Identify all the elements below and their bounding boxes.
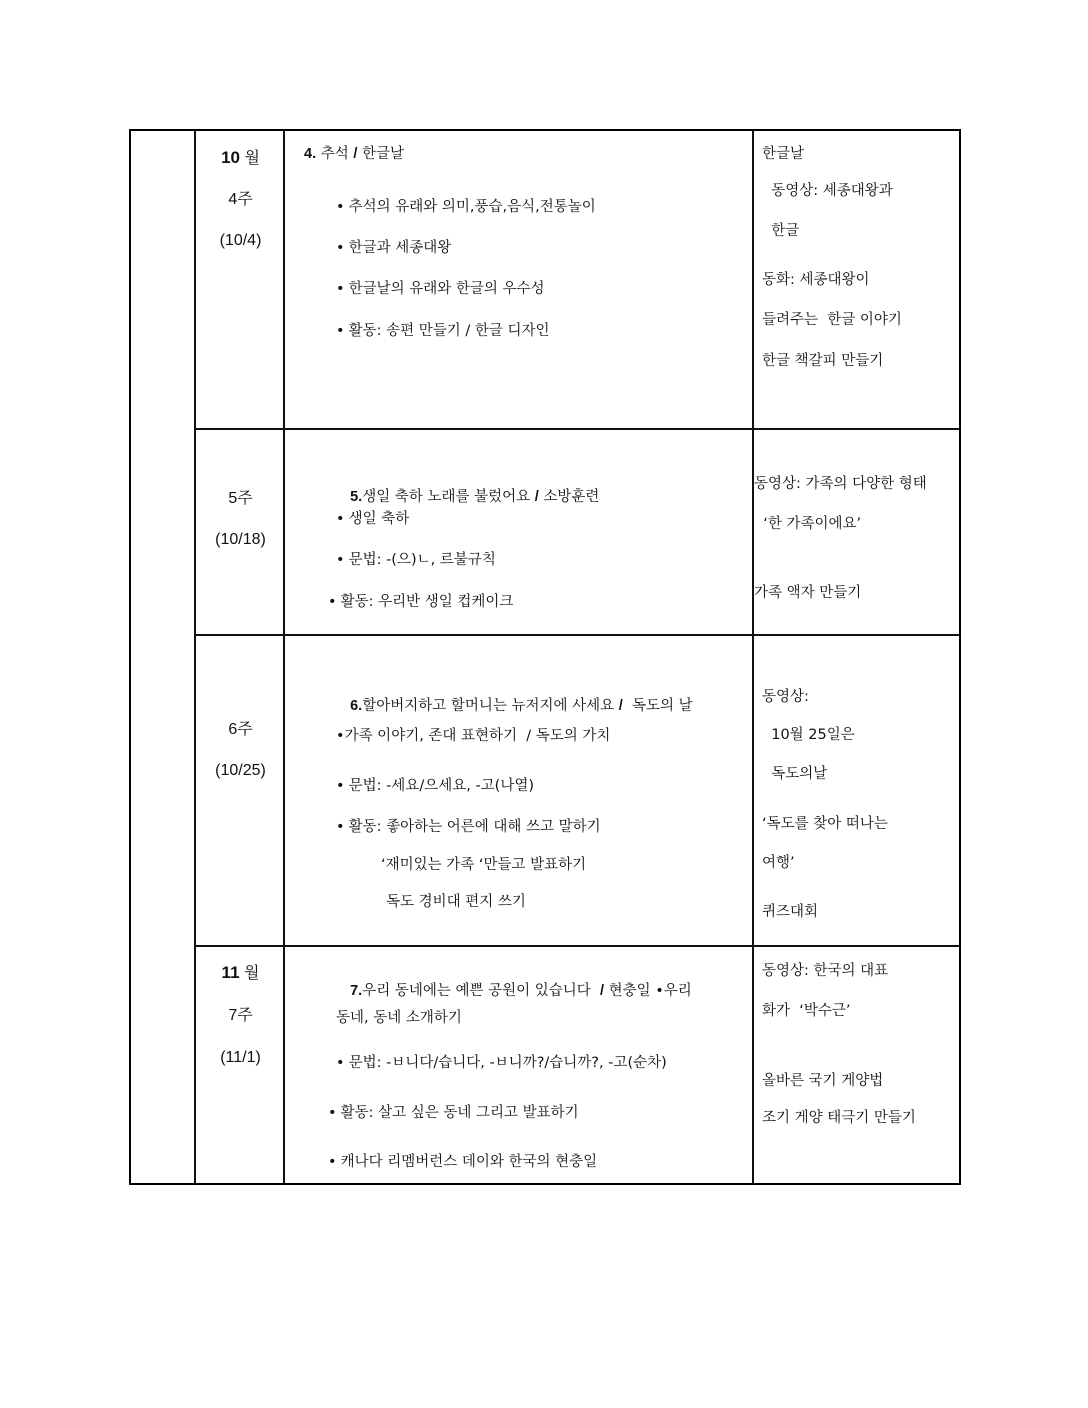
resource-line: 동영상: 세종대왕과 (762, 182, 893, 200)
activity-line: ‘재미있는 가족 ‘만들고 발표하기 (381, 856, 586, 874)
resource-line: 한글날 (762, 145, 804, 163)
topic-number: 5. (350, 489, 362, 505)
resource-line: 퀴즈대회 (762, 903, 818, 921)
date-label: (10/4) (196, 232, 285, 250)
topic-cell: 4. 추석 / 한글날 •추석의 유래와 의미,풍습,음식,전통놀이 •한글과 … (285, 131, 754, 428)
topic-bullet: •캐나다 리멤버런스 데이와 한국의 현충일 (328, 1153, 597, 1171)
table-row-week-6: 6주 (10/25) 6.할아버지하고 할머니는 뉴저지에 사세요 / 독도의 … (196, 636, 961, 947)
month-unit: 월 (240, 965, 260, 982)
resource-line: 올바른 국기 게양법 (762, 1072, 883, 1090)
topic-title: 4. 추석 / 한글날 (304, 145, 404, 163)
resource-line: 여행’ (762, 854, 795, 872)
resources-cell: 동영상: 한국의 대표 화가 ‘박수근’ 올바른 국기 게양법 조기 게양 태극… (754, 947, 961, 1183)
week-cell: 5주 (10/18) (196, 430, 285, 634)
resources-cell: 동영상: 10월 25일은 독도의날 ‘독도를 찾아 떠나는 여행’ 퀴즈대회 (754, 636, 961, 945)
topic-title-b: 독도의 날 (623, 698, 693, 714)
topic-number: 4. (304, 146, 316, 162)
topic-bullet: •한글날의 유래와 한글의 우수성 (336, 280, 544, 298)
bullet-icon: • (336, 819, 345, 835)
resource-line: 10월 25일은 (762, 726, 855, 744)
table-row-week-4: 10 월 4주 (10/4) 4. 추석 / 한글날 •추석의 유래와 의미,풍… (196, 131, 961, 430)
resource-line: 동영상: 가족의 다양한 형태 (754, 475, 927, 493)
resource-line: 한글 (762, 222, 799, 240)
resource-line: 화가 ‘박수근’ (762, 1002, 850, 1020)
topic-title-a: 할아버지하고 할머니는 뉴저지에 사세요 (362, 698, 619, 714)
week-label: 4주 (196, 191, 285, 209)
topic-bullet: •생일 축하 (336, 510, 409, 528)
bullet-text: 문법: -세요/으세요, -고(나열) (349, 778, 534, 794)
resources-cell: 동영상: 가족의 다양한 형태 ‘한 가족이에요’ 가족 액자 만들기 (754, 430, 961, 634)
month-label: 11 월 (196, 964, 285, 983)
bullet-icon: • (336, 511, 345, 527)
topic-cell: 6.할아버지하고 할머니는 뉴저지에 사세요 / 독도의 날 •가족 이야기, … (285, 636, 754, 945)
week-label: 5주 (196, 490, 285, 508)
resources-cell: 한글날 동영상: 세종대왕과 한글 동화: 세종대왕이 들려주는 한글 이야기 … (754, 131, 961, 428)
bullet-icon: • (336, 778, 345, 794)
week-cell: 10 월 4주 (10/4) (196, 131, 285, 428)
topic-bullet: •문법: -ㅂ니다/습니다, -ㅂ니까?/습니까?, -고(순차) (336, 1054, 667, 1072)
bullet-icon: • (336, 728, 345, 744)
month-label: 10 월 (196, 149, 285, 168)
table-row-week-7: 11 월 7주 (11/1) 7.우리 동네에는 예쁜 공원이 있습니다 / 현… (196, 947, 961, 1183)
topic-bullet: •추석의 유래와 의미,풍습,음식,전통놀이 (336, 198, 596, 216)
bullet-text: 활동: 좋아하는 어른에 대해 쓰고 말하기 (349, 819, 601, 835)
topic-bullet: •가족 이야기, 존대 표현하기 / 독도의 가치 (336, 727, 610, 745)
resource-line: 들려주는 한글 이야기 (762, 311, 902, 329)
resource-line: 독도의날 (762, 765, 827, 783)
bullet-text: 한글날의 유래와 한글의 우수성 (349, 281, 545, 297)
week-cell: 6주 (10/25) (196, 636, 285, 945)
topic-title-a: 우리 동네에는 예쁜 공원이 있습니다 (362, 983, 600, 999)
month-unit: 월 (240, 150, 260, 167)
topic-number: 7. (350, 983, 362, 999)
resource-line: ‘한 가족이에요’ (754, 515, 861, 533)
bullet-icon: • (336, 240, 345, 256)
week-cell: 11 월 7주 (11/1) (196, 947, 285, 1183)
week-label: 7주 (196, 1007, 285, 1025)
bullet-text: 가족 이야기, 존대 표현하기 / 독도의 가치 (345, 728, 611, 744)
resource-line: 동화: 세종대왕이 (762, 271, 870, 289)
bullet-text: 문법: -ㅂ니다/습니다, -ㅂ니까?/습니까?, -고(순차) (349, 1055, 667, 1071)
topic-bullet: •문법: -세요/으세요, -고(나열) (336, 777, 534, 795)
bullet-text: 생일 축하 (349, 511, 410, 527)
topic-cell: 5.생일 축하 노래를 불렀어요 / 소방훈련 •생일 축하 •문법: -(으)… (285, 430, 754, 634)
topic-title: 6.할아버지하고 할머니는 뉴저지에 사세요 / 독도의 날 (304, 679, 693, 733)
month-number: 10 (221, 148, 240, 167)
table-row-week-5: 5주 (10/18) 5.생일 축하 노래를 불렀어요 / 소방훈련 •생일 축… (196, 430, 961, 636)
month-number: 11 (222, 963, 240, 982)
date-label: (11/1) (196, 1049, 285, 1067)
bullet-text: 한글과 세종대왕 (349, 240, 452, 256)
topic-title-a: 생일 축하 노래를 불렀어요 (362, 489, 535, 505)
date-label: (10/25) (196, 762, 285, 780)
bullet-text: 활동: 살고 싶은 동네 그리고 발표하기 (341, 1105, 579, 1121)
bullet-text: 캐나다 리멤버런스 데이와 한국의 현충일 (341, 1154, 598, 1170)
date-label: (10/18) (196, 531, 285, 549)
resource-line: 동영상: 한국의 대표 (762, 962, 888, 980)
bullet-icon: • (336, 1055, 345, 1071)
resource-line: 조기 게양 태극기 만들기 (762, 1109, 916, 1127)
resource-line: ‘독도를 찾아 떠나는 (762, 815, 888, 833)
bullet-icon: • (328, 1105, 337, 1121)
resource-line: 가족 액자 만들기 (754, 584, 861, 602)
bullet-icon: • (336, 552, 345, 568)
week-label: 6주 (196, 721, 285, 739)
document-page: 10 월 4주 (10/4) 4. 추석 / 한글날 •추석의 유래와 의미,풍… (0, 0, 1088, 1408)
bullet-icon: • (336, 199, 345, 215)
resource-line: 동영상: (762, 688, 809, 706)
resource-line: 한글 책갈피 만들기 (762, 352, 883, 370)
bullet-text: 활동: 우리반 생일 컵케이크 (341, 594, 514, 610)
topic-bullet: •한글과 세종대왕 (336, 239, 451, 257)
topic-title-continuation: 동네, 동네 소개하기 (336, 1009, 462, 1027)
topic-title-b: 현충일 •우리 (604, 983, 692, 999)
topic-title-b: 소방훈련 (539, 489, 600, 505)
bullet-icon: • (336, 281, 345, 297)
bullet-text: 활동: 송편 만들기 / 한글 디자인 (349, 323, 550, 339)
topic-title-b: 한글날 (357, 146, 404, 162)
bullet-icon: • (336, 323, 345, 339)
topic-cell: 7.우리 동네에는 예쁜 공원이 있습니다 / 현충일 •우리 동네, 동네 소… (285, 947, 754, 1183)
topic-bullet: •문법: -(으)ㄴ, 르불규칙 (336, 551, 496, 569)
bullet-text: 문법: -(으)ㄴ, 르불규칙 (349, 552, 496, 568)
topic-bullet: •활동: 좋아하는 어른에 대해 쓰고 말하기 (336, 818, 601, 836)
topic-bullet: •활동: 우리반 생일 컵케이크 (328, 593, 513, 611)
topic-bullet: •활동: 살고 싶은 동네 그리고 발표하기 (328, 1104, 579, 1122)
activity-line: 독도 경비대 편지 쓰기 (386, 893, 526, 911)
blank-column (131, 131, 196, 1183)
bullet-text: 추석의 유래와 의미,풍습,음식,전통놀이 (349, 199, 596, 215)
curriculum-table: 10 월 4주 (10/4) 4. 추석 / 한글날 •추석의 유래와 의미,풍… (129, 129, 961, 1185)
topic-number: 6. (350, 698, 362, 714)
topic-title-a: 추석 (316, 146, 353, 162)
bullet-icon: • (328, 1154, 337, 1170)
bullet-icon: • (328, 594, 337, 610)
topic-bullet: •활동: 송편 만들기 / 한글 디자인 (336, 322, 549, 340)
